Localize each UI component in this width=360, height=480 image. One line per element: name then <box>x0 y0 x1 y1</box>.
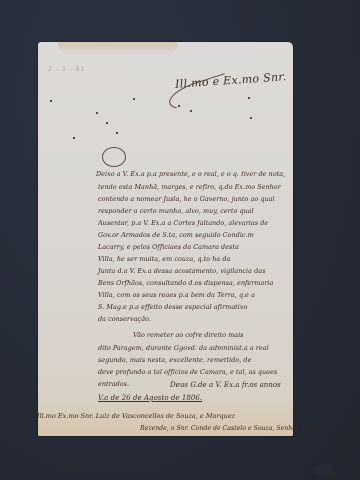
addressee-line: Rezende, o Snr. Conde de Castelo e Souza… <box>140 425 327 432</box>
body-line: Villa, he ser muita, em couza, q.to ha d… <box>98 255 230 263</box>
body-line: Vão remeter ao cofre direito mais <box>133 331 244 339</box>
body-line: contendo a nomear Jusla, he o Gaverno, j… <box>98 195 275 203</box>
body-line: segundo, mais nesta, excellente, remetti… <box>98 356 251 364</box>
body-line: Ausentar, p.a V. Ex.a a Cortes faltando,… <box>98 219 268 227</box>
date-line: V.a de 26 de Agosto de 1806. <box>98 394 202 402</box>
manuscript-page: 2 - 3 - 81 Ill.mo e Ex.mo Snr. Deixo a V… <box>38 42 293 436</box>
body-line: deve profundo a tal officios de Camara, … <box>98 368 277 376</box>
body-line: Deixo a V. Ex.a p.a presente, e o real, … <box>96 170 285 178</box>
torn-paper-edge <box>314 464 332 476</box>
body-line: Bens Orfhãos, consultando d.os dispensa,… <box>98 279 273 287</box>
addressee-line: Ill.mo Ex.mo Snr. Luiz de Vasconcellos d… <box>37 412 235 420</box>
body-line: S. Mag.e p.a effeito desse especial afir… <box>98 303 247 311</box>
body-line: Junta d.a V. Ex.a dessa acostamento, vig… <box>98 267 265 275</box>
body-line: dito Paragem, durante Ggovd. da admninis… <box>98 344 269 352</box>
archive-reference: 2 - 3 - 81 <box>48 66 85 73</box>
body-line: tendo esta Manhã, marges, e refiro, q.do… <box>98 183 281 191</box>
body-line: Gov.or Armados de S.ta, com seguido Cond… <box>98 231 254 239</box>
body-line: responder a certo munha, alvo, muy, cert… <box>98 207 254 215</box>
salutation: Ill.mo e Ex.mo Snr. <box>175 70 287 91</box>
closing-formula: Deus G.de a V. Ex.a fr.os annos <box>170 381 281 389</box>
body-line: Lacarry, e pelos Officiaes da Camara des… <box>98 243 239 251</box>
body-line: Villa, com os seus reaes p.a bem da Terr… <box>98 291 255 299</box>
body-line: entrados. <box>98 380 129 388</box>
body-line: da conservação. <box>98 315 151 323</box>
opening-flourish <box>102 147 126 167</box>
